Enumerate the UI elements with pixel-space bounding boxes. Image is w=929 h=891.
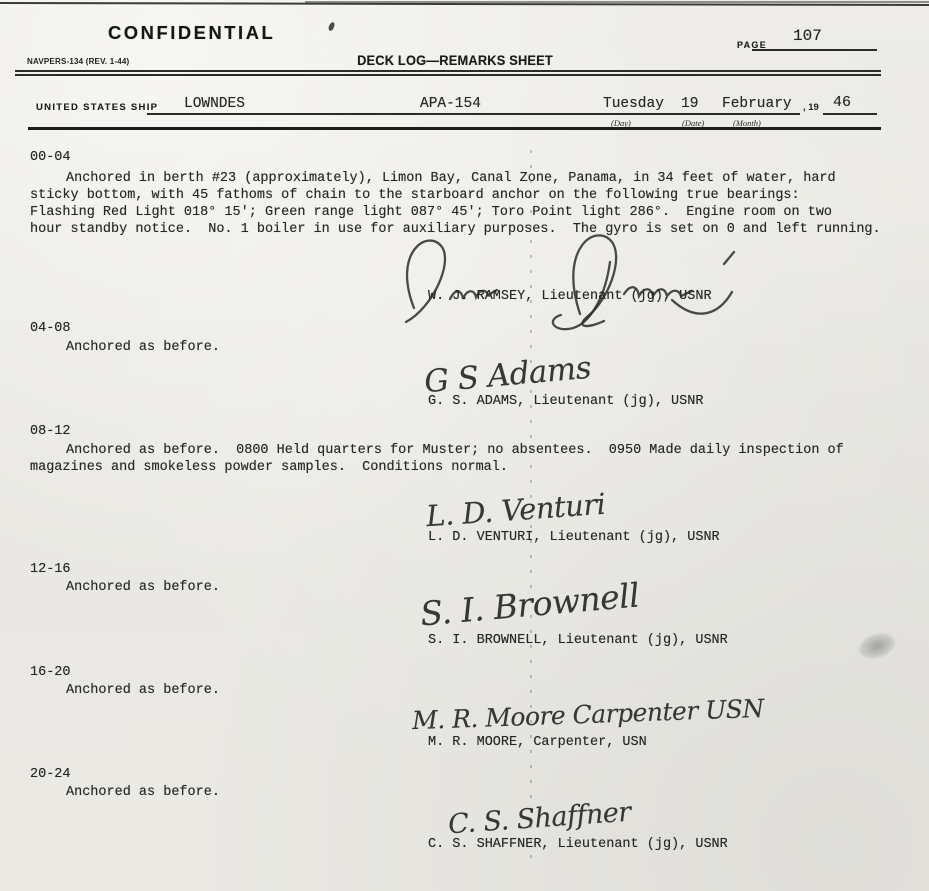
form-number: NAVPERS-134 (REV. 1-44) <box>27 57 129 66</box>
signature-script: G S Adams <box>423 350 593 400</box>
watch-label: 12-16 <box>30 562 71 577</box>
year-underline <box>823 113 877 115</box>
pencil-smudge <box>855 629 899 664</box>
signature-script: M. R. Moore Carpenter USN <box>412 694 765 735</box>
signature-typed: W. J. RAMSEY, Lieutenant (jg), USNR <box>428 289 712 304</box>
signature-script: L. D. Venturi <box>425 487 606 533</box>
remarks-line: Anchored in berth #23 (approximately), L… <box>66 171 836 186</box>
month-value: February <box>722 97 792 112</box>
watch-label: 16-20 <box>30 665 71 680</box>
year-prefix: , 19 <box>803 102 819 113</box>
header-rule-bottom <box>15 74 881 76</box>
scan-edge-line-secondary <box>305 1 929 3</box>
date-value: 19 <box>681 97 698 112</box>
page-number-underline <box>752 49 877 51</box>
signature-typed: C. S. SHAFFNER, Lieutenant (jg), USNR <box>428 837 728 852</box>
page-number: 107 <box>793 27 822 45</box>
ink-mark <box>328 21 336 31</box>
signature-typed: L. D. VENTURI, Lieutenant (jg), USNR <box>428 530 720 545</box>
ramsey-signature-scribble <box>372 228 747 336</box>
remarks-line: Flashing Red Light 018° 15'; Green range… <box>30 205 832 220</box>
signature-typed: G. S. ADAMS, Lieutenant (jg), USNR <box>428 394 703 409</box>
header-rule-top <box>15 70 881 72</box>
year-value: 46 <box>833 95 851 110</box>
remarks-line: Anchored as before. <box>66 683 220 698</box>
remarks-line: Anchored as before. <box>66 580 220 595</box>
signature-typed: S. I. BROWNELL, Lieutenant (jg), USNR <box>428 633 728 648</box>
remarks-line: Anchored as before. <box>66 340 220 355</box>
watch-label: 04-08 <box>30 321 71 336</box>
remarks-line: Anchored as before. <box>66 785 220 800</box>
watch-label: 00-04 <box>30 150 71 165</box>
remarks-line: Anchored as before. 0800 Held quarters f… <box>66 443 844 458</box>
ship-label: UNITED STATES SHIP <box>36 102 158 113</box>
sheet-title: DECK LOG—REMARKS SHEET <box>357 53 553 68</box>
signature-stroke <box>724 252 734 264</box>
remarks-line: sticky bottom, with 45 fathoms of chain … <box>30 188 800 203</box>
header-heavy-rule <box>28 127 881 130</box>
remarks-line: magazines and smokeless powder samples. … <box>30 460 508 475</box>
ship-underline <box>147 113 800 115</box>
hull-number: APA-154 <box>420 97 481 112</box>
deck-log-remarks-sheet: CONFIDENTIAL PAGE 107 NAVPERS-134 (REV. … <box>0 0 929 891</box>
weekday-value: Tuesday <box>603 97 664 112</box>
watch-label: 08-12 <box>30 424 71 439</box>
signature-stroke <box>406 241 445 322</box>
signature-script: C. S. Shaffner <box>447 797 632 841</box>
ship-name: LOWNDES <box>184 97 245 112</box>
watch-label: 20-24 <box>30 767 71 782</box>
classification-stamp: CONFIDENTIAL <box>108 23 275 44</box>
signature-stroke <box>573 235 616 326</box>
signature-typed: M. R. MOORE, Carpenter, USN <box>428 735 647 750</box>
